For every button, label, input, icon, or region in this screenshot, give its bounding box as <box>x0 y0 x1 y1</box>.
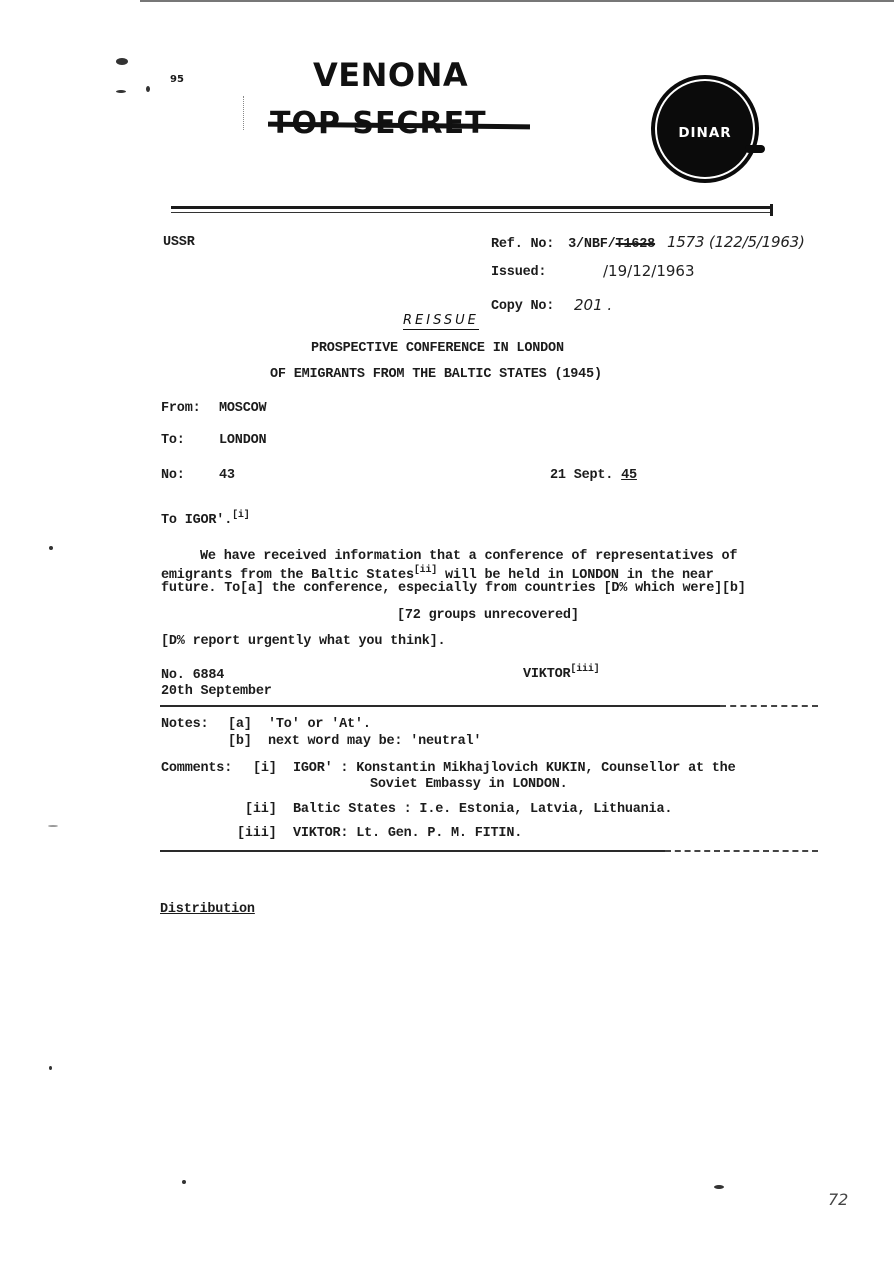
scan-dots <box>243 96 245 130</box>
dinar-stamp: DINAR <box>651 75 759 183</box>
paragraph-line-3: future. To[a] the conference, especially… <box>161 581 746 596</box>
stamp-tab <box>745 145 765 153</box>
copy-value: 201 . <box>574 296 612 314</box>
header-rule-thin <box>171 212 772 213</box>
comment-marker: [ii] <box>245 802 277 817</box>
from-label: From: <box>161 401 201 416</box>
to-value: LONDON <box>219 433 266 448</box>
footnote-ref: [ii] <box>414 565 437 576</box>
page-number: 95 <box>170 74 184 85</box>
date-year: 45 <box>621 468 637 483</box>
salutation-text: To IGOR'. <box>161 513 232 528</box>
note-marker: [b] <box>228 734 252 749</box>
scan-mark <box>182 1180 186 1184</box>
scan-mark <box>714 1185 724 1189</box>
note-text: 'To' or 'At'. <box>268 717 371 732</box>
scan-mark <box>48 825 58 827</box>
comment-text: IGOR' : Konstantin Mikhajlovich KUKIN, C… <box>293 761 735 776</box>
notes-divider <box>160 705 720 707</box>
scan-mark <box>146 86 150 92</box>
footnote-ref: [iii] <box>570 664 599 675</box>
ref-struck: T1628 <box>616 237 656 252</box>
country: USSR <box>163 235 195 250</box>
comment-marker: [iii] <box>237 826 277 841</box>
stamp-label: DINAR <box>651 125 759 141</box>
ref-label: Ref. No: <box>491 237 554 252</box>
title-line-1: PROSPECTIVE CONFERENCE IN LONDON <box>311 341 564 356</box>
header-rule-end <box>770 204 773 216</box>
handwritten-page-number: 72 <box>828 1190 848 1209</box>
serial-date: 20th September <box>161 684 272 699</box>
page-top-edge <box>140 0 894 2</box>
comments-divider-dashed <box>665 850 818 852</box>
copy-label: Copy No: <box>491 299 554 314</box>
note-text: next word may be: 'neutral' <box>268 734 481 749</box>
scan-mark <box>116 58 128 65</box>
note-marker: [a] <box>228 717 252 732</box>
paragraph-line-1: We have received information that a conf… <box>200 549 737 564</box>
from-value: MOSCOW <box>219 401 266 416</box>
header-rule <box>171 206 772 209</box>
date-prefix: 21 Sept. <box>550 468 613 483</box>
ref-number: Ref. No: 3/NBF/T1628 1573 (122/5/1963) <box>491 233 805 252</box>
title-line-2: OF EMIGRANTS FROM THE BALTIC STATES (194… <box>270 367 602 382</box>
ref-typed: 3/NBF/ <box>568 237 615 252</box>
scan-mark <box>49 546 53 550</box>
notes-label: Notes: <box>161 717 208 732</box>
serial-number: No. 6884 <box>161 668 224 683</box>
closing-line: [D% report urgently what you think]. <box>161 634 445 649</box>
no-label: No: <box>161 468 185 483</box>
classification-title: VENONA <box>313 56 468 94</box>
comment-text-cont: Soviet Embassy in LONDON. <box>370 777 568 792</box>
signature: VIKTOR[iii] <box>523 664 599 682</box>
message-date: 21 Sept. 45 <box>550 468 637 483</box>
no-value: 43 <box>219 468 235 483</box>
scan-mark <box>49 1066 52 1070</box>
distribution-heading: Distribution <box>160 902 255 917</box>
ref-handwritten: 1573 (122/5/1963) <box>667 233 805 251</box>
issued-value: /19/12/1963 <box>603 262 695 280</box>
scan-mark <box>116 90 126 93</box>
footnote-ref: [i] <box>232 510 249 521</box>
comment-marker: [i] <box>253 761 277 776</box>
comment-text: VIKTOR: Lt. Gen. P. M. FITIN. <box>293 826 522 841</box>
signature-name: VIKTOR <box>523 667 570 682</box>
issued-label: Issued: <box>491 265 546 280</box>
notes-divider-dashed <box>720 705 818 707</box>
to-label: To: <box>161 433 185 448</box>
comments-label: Comments: <box>161 761 232 776</box>
comment-text: Baltic States : I.e. Estonia, Latvia, Li… <box>293 802 672 817</box>
reissue-mark: REISSUE <box>403 313 479 330</box>
comments-divider <box>160 850 665 852</box>
salutation: To IGOR'.[i] <box>161 510 250 528</box>
unrecovered-groups: [72 groups unrecovered] <box>397 608 579 623</box>
